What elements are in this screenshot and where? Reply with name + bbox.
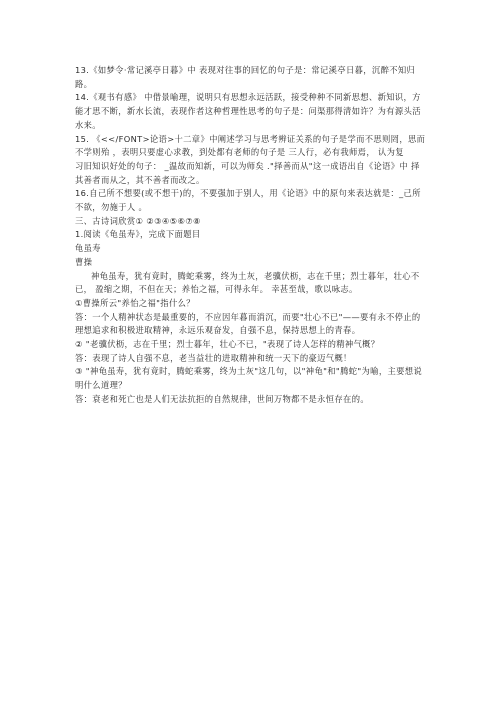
reading-task: 1.阅读《龟虽寿》，完成下面题目 [75, 228, 425, 242]
section-heading: 三、古诗词欣赏① ②③④⑤⑥⑦⑧ [75, 215, 425, 229]
question-3-line-1: ③ "神龟虽寿，犹有竟时，腾蛇乘雾，终为土灰"这几句，以"神龟"和"腾蛇"为喻，… [75, 365, 425, 379]
poem-title: 龟虽寿 [75, 242, 425, 256]
q14-line-3: 水来。 [75, 119, 425, 133]
answer-1-line-2: 理想追求和积极进取精神，永远乐观奋发，自强不息，保持思想上的青春。 [75, 324, 425, 338]
poem-body-2: 已， 盈缩之期，不但在天；养怡之福，可得永年。 幸甚至哉，歌以咏志。 [75, 283, 425, 297]
question-1: ①曹操所云"养怡之福"指什么？ [75, 297, 425, 311]
q15-line-2: 不学则殆 ，表明只要虚心求教，到处都有老师的句子是 三人行，必有我师焉， 认为复 [75, 146, 425, 160]
question-3-line-2: 明什么道理？ [75, 379, 425, 393]
q15-line-1: 15. 《<</FONT>论语>十二章》中阐述学习与思考辨证关系的句子是学而不思… [75, 133, 425, 147]
q15-line-4: 其善者而从之，其不善者而改之。 [75, 174, 425, 188]
q13-line-1: 13.《如梦令·常记溪亭日暮》中 表现对往事的回忆的句子是：常记溪亭日暮，沉醉不… [75, 64, 425, 78]
q14-line-2: 能才思不断，新水长流，表现作者这种哲理性思考的句子是：问渠那得清如许？为有源头活 [75, 105, 425, 119]
answer-1-line-1: 答：一个人精神状态是最重要的，不应因年暮而消沉，而要"壮心不已"——要有永不停止… [75, 311, 425, 325]
answer-3: 答：衰老和死亡也是人们无法抗拒的自然规律，世间万物都不是永恒存在的。 [75, 393, 425, 407]
question-2: ② "老骥伏枥，志在千里；烈士暮年，壮心不已，"表现了诗人怎样的精神气概？ [75, 338, 425, 352]
q16-line-2: 不欲，勿施于人 。 [75, 201, 425, 215]
poem-body-1: 神龟虽寿，犹有竟时，腾蛇乘雾，终为土灰，老骥伏枥，志在千里；烈士暮年，壮心不 [75, 270, 425, 284]
q16-line-1: 16.自己所不想要(或不想干)的，不要强加于别人，用《论语》中的原句来表达就是：… [75, 187, 425, 201]
answer-2: 答：表现了诗人自强不息，老当益壮的进取精神和统一天下的豪迈气概！ [75, 352, 425, 366]
q15-line-3: 习旧知识好处的句子： _温故而知新，可以为师矣 ."择善而从"这一成语出自《论语… [75, 160, 425, 174]
document-page: 13.《如梦令·常记溪亭日暮》中 表现对往事的回忆的句子是：常记溪亭日暮，沉醉不… [75, 64, 425, 407]
q14-line-1: 14.《观书有感》 中借景喻理，说明只有思想永远活跃，接受种种不同新思想、新知识… [75, 91, 425, 105]
q13-line-2: 路。 [75, 78, 425, 92]
poem-author: 曹操 [75, 256, 425, 270]
